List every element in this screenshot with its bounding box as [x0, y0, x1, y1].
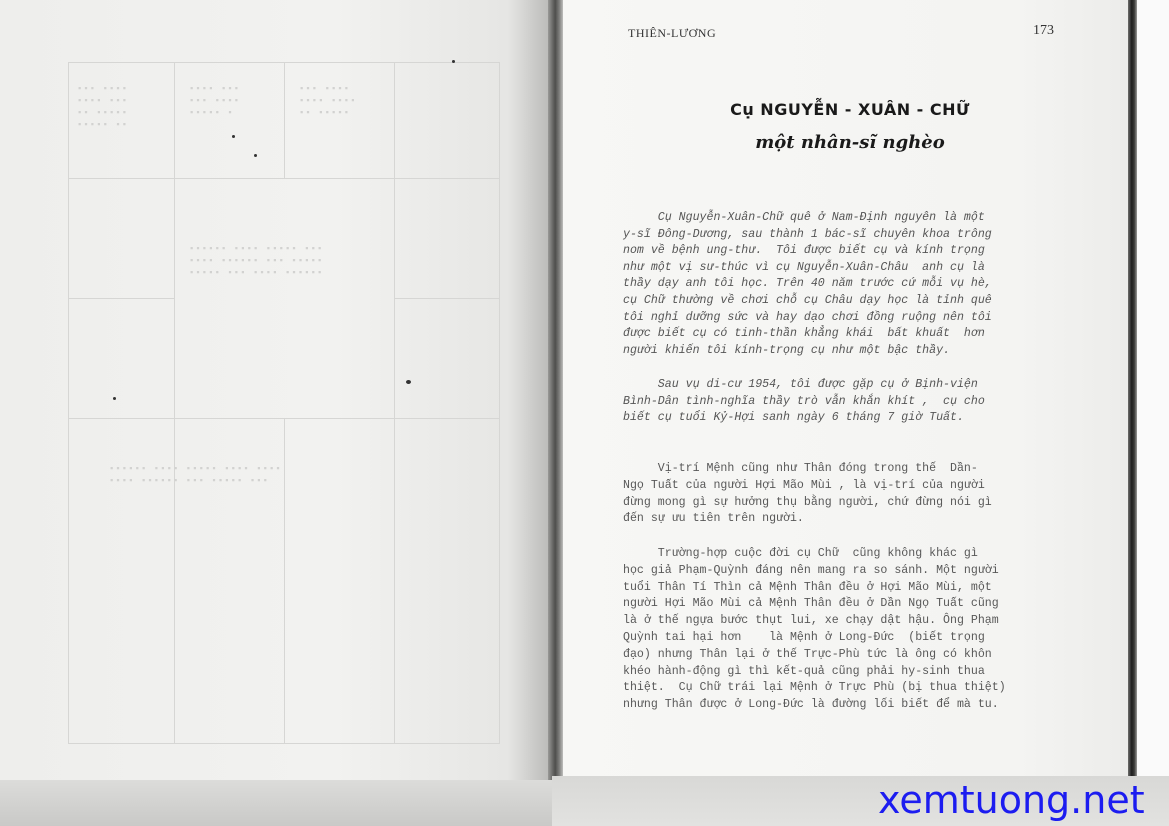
chapter-title: Cụ NGUYỄN - XUÂN - CHỮ [700, 100, 1000, 119]
text-line: Trường-hợp cuộc đời cụ Chữ cũng không kh… [623, 546, 1063, 563]
text-line: Vị-trí Mệnh cũng như Thân đóng trong thế… [623, 461, 1063, 478]
text-line: thiệt. Cụ Chữ trái lại Mệnh ở Trực Phù (… [623, 680, 1063, 697]
text-line: cụ Chữ thường về chơi chỗ cụ Châu dạy họ… [623, 293, 1063, 310]
site-watermark: xemtuong.net [878, 778, 1145, 822]
bleed-through-chart-grid: ▪▪▪ ▪▪▪▪ ▪▪▪▪ ▪▪▪ ▪▪ ▪▪▪▪▪ ▪▪▪▪▪ ▪▪ ▪▪▪▪… [68, 62, 500, 744]
book-spine [548, 0, 564, 780]
text-line: thầy dạy anh tôi học. Trên 40 năm trước … [623, 276, 1063, 293]
text-line: Ngọ Tuất của người Hợi Mão Mùi , là vị-t… [623, 478, 1063, 495]
text-line: nom về bệnh ung-thư. Tôi được biết cụ và… [623, 243, 1063, 260]
paragraph-1: Cụ Nguyễn-Xuân-Chữ quê ở Nam-Định nguyên… [623, 210, 1063, 359]
text-line: Cụ Nguyễn-Xuân-Chữ quê ở Nam-Định nguyên… [623, 210, 1063, 227]
scan-margin [1137, 0, 1169, 780]
text-line: đạo) nhưng Thân lại ở thế Trực-Phù tức l… [623, 647, 1063, 664]
text-line: đến sự ưu tiên trên người. [623, 511, 1063, 528]
text-line: như một vị sư-thúc vì cụ Nguyễn-Xuân-Châ… [623, 260, 1063, 277]
left-page-bottom-shadow [0, 780, 552, 826]
text-line: người Hợi Mão Mùi cả Mệnh Thân đều ở Dần… [623, 596, 1063, 613]
text-line: nhưng Thân được ở Long-Đức là đường lối … [623, 697, 1063, 714]
page-edge-shadow [1128, 0, 1137, 780]
left-page: ▪▪▪ ▪▪▪▪ ▪▪▪▪ ▪▪▪ ▪▪ ▪▪▪▪▪ ▪▪▪▪▪ ▪▪ ▪▪▪▪… [0, 0, 552, 780]
running-head: THIÊN-LƯƠNG [628, 26, 716, 41]
page-number: 173 [1033, 23, 1054, 39]
text-line: đừng mong gì sự hưởng thụ bằng người, ch… [623, 495, 1063, 512]
text-line: tuổi Thân Tí Thìn cả Mệnh Thân đều ở Hợi… [623, 580, 1063, 597]
paragraph-3: Vị-trí Mệnh cũng như Thân đóng trong thế… [623, 461, 1063, 528]
text-line: tôi nghỉ dưỡng sức và hay dạo chơi đồng … [623, 310, 1063, 327]
text-line: Sau vụ di-cư 1954, tôi được gặp cụ ở Bịn… [623, 377, 1063, 394]
text-line: Quỳnh tai hại hơn là Mệnh ở Long-Đức (bi… [623, 630, 1063, 647]
text-line: Bình-Dân tình-nghĩa thầy trò vẫn khắn kh… [623, 394, 1063, 411]
text-line: người khiến tôi kính-trọng cụ như một bậ… [623, 343, 1063, 360]
text-line: được biết cụ có tinh-thần khẳng khái bất… [623, 326, 1063, 343]
chapter-subtitle: một nhân-sĩ nghèo [700, 132, 1000, 153]
text-line: y-sĩ Đông-Dương, sau thành 1 bác-sĩ chuy… [623, 227, 1063, 244]
text-line: học giả Phạm-Quỳnh đáng nên mang ra so s… [623, 563, 1063, 580]
text-line: khéo hành-động gì thì kết-quả cũng phải … [623, 664, 1063, 681]
text-line: biết cụ tuổi Kỷ-Hợi sanh ngày 6 tháng 7 … [623, 410, 1063, 427]
paragraph-2: Sau vụ di-cư 1954, tôi được gặp cụ ở Bịn… [623, 377, 1063, 427]
text-line: là ở thế ngựa bước thụt lui, xe chạy dật… [623, 613, 1063, 630]
paragraph-4: Trường-hợp cuộc đời cụ Chữ cũng không kh… [623, 546, 1063, 714]
